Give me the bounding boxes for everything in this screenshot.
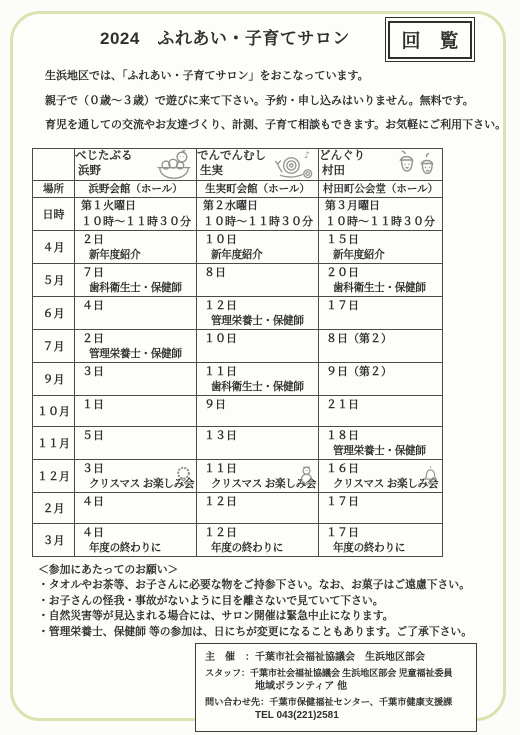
flyer-page: 回 覧 2024 ふれあい・子育てサロン 生浜地区では、「ふれあい・子育てサロン… xyxy=(0,0,520,735)
month-row: １２月３日クリスマス お楽しみ会１１日クリスマス お楽しみ会１６日クリスマス お… xyxy=(33,459,443,492)
time-text: １０時～１１時３０分 xyxy=(319,214,442,230)
day-text: ８日 xyxy=(197,264,318,281)
day-text: １７日 xyxy=(319,493,442,510)
table-header-row: べじたぶる 浜野 xyxy=(33,148,443,180)
event-note-text: 年度の終わりに xyxy=(319,540,442,556)
organizer-info-box: 主 催 ：千葉市社会福祉協議会 生浜地区部会スタッフ：千葉市社会福祉協議会 生浜… xyxy=(195,643,477,731)
circulation-stamp: 回 覧 xyxy=(385,17,475,62)
place-cell: 浜野会館（ホール） xyxy=(75,180,197,197)
schedule-cell: ９日 xyxy=(197,395,319,426)
time-text: １０時～１１時３０分 xyxy=(197,214,318,230)
schedule-cell: １７日 xyxy=(319,296,443,329)
day-text: １８日 xyxy=(319,427,442,444)
event-note-text: 年度の終わりに xyxy=(75,540,196,556)
intro-line: 生浜地区では、「ふれあい・子育てサロン」をおこなっています。 xyxy=(45,64,520,89)
month-label: １０月 xyxy=(33,395,75,426)
month-row: ２月４日１２日１７日 xyxy=(33,492,443,523)
column-header-murata: どんぐり 村田 xyxy=(319,148,443,180)
note-item: ・お子さんの怪我・事故がないように目を離さないで見ていて下さい。 xyxy=(38,594,520,610)
day-text: ５日 xyxy=(75,427,196,444)
month-row: ３月４日年度の終わりに１２日年度の終わりに１７日年度の終わりに xyxy=(33,523,443,556)
day-text: １５日 xyxy=(319,231,442,248)
day-text: ７日 xyxy=(75,264,196,281)
month-label: ５月 xyxy=(33,263,75,296)
datetime-row: 日時 第１火曜日 １０時～１１時３０分 第２水曜日 １０時～１１時３０分 第３月… xyxy=(33,197,443,230)
day-text: ９日（第２） xyxy=(319,363,442,380)
place-cell: 村田町公会堂（ホール） xyxy=(319,180,443,197)
column-header-oyumi: でんでんむし 生実 xyxy=(197,148,319,180)
month-label: ３月 xyxy=(33,523,75,556)
day-text: １１日 xyxy=(197,363,318,380)
event-note-text: 新年度紹介 xyxy=(319,247,442,263)
month-label: ６月 xyxy=(33,296,75,329)
event-note-text: 年度の終わりに xyxy=(197,540,318,556)
datetime-row-header: 日時 xyxy=(33,197,75,230)
schedule-cell: ８日（第２） xyxy=(319,329,443,362)
day-text: ４日 xyxy=(75,524,196,541)
schedule-cell: ７日歯科衛生士・保健師 xyxy=(75,263,197,296)
day-text: ２１日 xyxy=(319,396,442,413)
note-item: ・管理栄養士、保健師 等の参加は、日にちが変更になることもあります。ご了承下さい… xyxy=(38,625,520,641)
snowman-icon xyxy=(299,465,314,485)
event-note-text: 管理栄養士・保健師 xyxy=(319,443,442,459)
weekday-text: 第３月曜日 xyxy=(319,198,442,214)
schedule-cell: １１日歯科衛生士・保健師 xyxy=(197,362,319,395)
month-label: ７月 xyxy=(33,329,75,362)
schedule-cell: １日 xyxy=(75,395,197,426)
organizer-line: TEL 043(221)2581 xyxy=(205,709,467,723)
note-item: ・自然災害等が見込まれる場合には、サロン開催は緊急中止になります。 xyxy=(38,609,520,625)
place-row: 場所 浜野会館（ホール） 生実町会館（ホール） 村田町公会堂（ホール） xyxy=(33,180,443,197)
day-text: １３日 xyxy=(197,427,318,444)
month-row: ４月２日新年度紹介１０日新年度紹介１５日新年度紹介 xyxy=(33,230,443,263)
organizer-line: スタッフ：千葉市社会福祉協議会 生浜地区部会 児童福祉委員 xyxy=(205,666,467,680)
event-note-text: 管理栄養士・保健師 xyxy=(197,313,318,329)
schedule-cell: ４日 xyxy=(75,492,197,523)
organizer-line: 地域ボランティア 他 xyxy=(205,680,467,694)
month-label: １２月 xyxy=(33,459,75,492)
corner-cell xyxy=(33,148,75,180)
schedule-cell: ８日 xyxy=(197,263,319,296)
schedule-table: べじたぶる 浜野 xyxy=(32,148,443,557)
day-text: ４日 xyxy=(75,297,196,314)
place-cell: 生実町会館（ホール） xyxy=(197,180,319,197)
day-text: １７日 xyxy=(319,297,442,314)
schedule-cell: １２日 xyxy=(197,492,319,523)
schedule-cell: ３日クリスマス お楽しみ会 xyxy=(75,459,197,492)
day-text: １７日 xyxy=(319,524,442,541)
datetime-cell: 第３月曜日 １０時～１１時３０分 xyxy=(319,197,443,230)
schedule-cell: ５日 xyxy=(75,426,197,459)
schedule-cell: １３日 xyxy=(197,426,319,459)
acorn-icon xyxy=(398,150,440,180)
schedule-cell: ２１日 xyxy=(319,395,443,426)
schedule-cell: ３日 xyxy=(75,362,197,395)
event-note-text: 管理栄養士・保健師 xyxy=(75,346,196,362)
notes-heading: ＜参加にあたってのお願い＞ xyxy=(38,563,520,579)
intro-line: 親子で（０歳～３歳）で遊びに来て下さい。予約・申し込みはいりません。無料です。 xyxy=(45,89,520,114)
schedule-cell: １０日 xyxy=(197,329,319,362)
schedule-cell: １２日年度の終わりに xyxy=(197,523,319,556)
svg-text:♪: ♪ xyxy=(304,151,310,161)
day-text: ３日 xyxy=(75,363,196,380)
place-row-header: 場所 xyxy=(33,180,75,197)
datetime-cell: 第２水曜日 １０時～１１時３０分 xyxy=(197,197,319,230)
day-text: １０日 xyxy=(197,231,318,248)
schedule-cell: １５日新年度紹介 xyxy=(319,230,443,263)
day-text: １２日 xyxy=(197,493,318,510)
day-text: ２０日 xyxy=(319,264,442,281)
day-text: ４日 xyxy=(75,493,196,510)
month-label: １１月 xyxy=(33,426,75,459)
intro-line: 育児を通しての交流やお友達づくり、計測、子育て相談もできます。お気軽にご利用下さ… xyxy=(45,113,520,138)
day-text: １日 xyxy=(75,396,196,413)
month-row: １１月５日１３日１８日管理栄養士・保健師 xyxy=(33,426,443,459)
event-note-text: 新年度紹介 xyxy=(197,247,318,263)
schedule-cell: ４日年度の終わりに xyxy=(75,523,197,556)
schedule-cell: ４日 xyxy=(75,296,197,329)
day-text: ９日 xyxy=(197,396,318,413)
column-header-hamano: べじたぶる 浜野 xyxy=(75,148,197,180)
schedule-cell: ２０日歯科衛生士・保健師 xyxy=(319,263,443,296)
schedule-cell: １８日管理栄養士・保健師 xyxy=(319,426,443,459)
time-text: １０時～１１時３０分 xyxy=(75,214,196,230)
snail-icon: ♪ xyxy=(274,150,316,180)
month-row: ７月２日管理栄養士・保健師１０日８日（第２） xyxy=(33,329,443,362)
month-label: ９月 xyxy=(33,362,75,395)
datetime-cell: 第１火曜日 １０時～１１時３０分 xyxy=(75,197,197,230)
schedule-cell: ２日管理栄養士・保健師 xyxy=(75,329,197,362)
event-note-text: 新年度紹介 xyxy=(75,247,196,263)
circulation-stamp-label: 回 覧 xyxy=(388,21,471,59)
event-note-text: 歯科衛生士・保健師 xyxy=(319,280,442,296)
schedule-cell: ２日新年度紹介 xyxy=(75,230,197,263)
schedule-cell: １２日管理栄養士・保健師 xyxy=(197,296,319,329)
christmas-bell-icon xyxy=(423,465,438,484)
schedule-cell: １０日新年度紹介 xyxy=(197,230,319,263)
event-note-text: 歯科衛生士・保健師 xyxy=(197,379,318,395)
day-text: １２日 xyxy=(197,524,318,541)
month-row: ９月３日１１日歯科衛生士・保健師９日（第２） xyxy=(33,362,443,395)
participation-notes: ＜参加にあたってのお願い＞ ・タオルやお茶等、お子さんに必要な物をご持参下さい。… xyxy=(38,563,520,641)
day-text: ８日（第２） xyxy=(319,330,442,347)
schedule-cell: １６日クリスマス お楽しみ会 xyxy=(319,459,443,492)
organizer-line: 問い合わせ先：千葉市保健福祉センター、千葉市健康支援課 xyxy=(205,695,467,709)
vegetable-bowl-icon xyxy=(154,150,194,180)
note-item: ・タオルやお茶等、お子さんに必要な物をご持参下さい。なお、お菓子はご遠慮下さい。 xyxy=(38,578,520,594)
schedule-cell: １１日クリスマス お楽しみ会 xyxy=(197,459,319,492)
intro-text: 生浜地区では、「ふれあい・子育てサロン」をおこなっています。 親子で（０歳～３歳… xyxy=(45,64,520,138)
organizer-line: 主 催 ：千葉市社会福祉協議会 生浜地区部会 xyxy=(205,651,467,665)
schedule-cell: １７日年度の終わりに xyxy=(319,523,443,556)
month-label: ２月 xyxy=(33,492,75,523)
schedule-cell: １７日 xyxy=(319,492,443,523)
schedule-cell: ９日（第２） xyxy=(319,362,443,395)
day-text: ２日 xyxy=(75,231,196,248)
month-row: ６月４日１２日管理栄養士・保健師１７日 xyxy=(33,296,443,329)
weekday-text: 第２水曜日 xyxy=(197,198,318,214)
day-text: １０日 xyxy=(197,330,318,347)
month-row: ５月７日歯科衛生士・保健師８日２０日歯科衛生士・保健師 xyxy=(33,263,443,296)
day-text: １２日 xyxy=(197,297,318,314)
event-note-text: 歯科衛生士・保健師 xyxy=(75,280,196,296)
day-text: ２日 xyxy=(75,330,196,347)
weekday-text: 第１火曜日 xyxy=(75,198,196,214)
month-row: １０月１日９日２１日 xyxy=(33,395,443,426)
month-label: ４月 xyxy=(33,230,75,263)
christmas-wreath-icon xyxy=(175,465,192,483)
